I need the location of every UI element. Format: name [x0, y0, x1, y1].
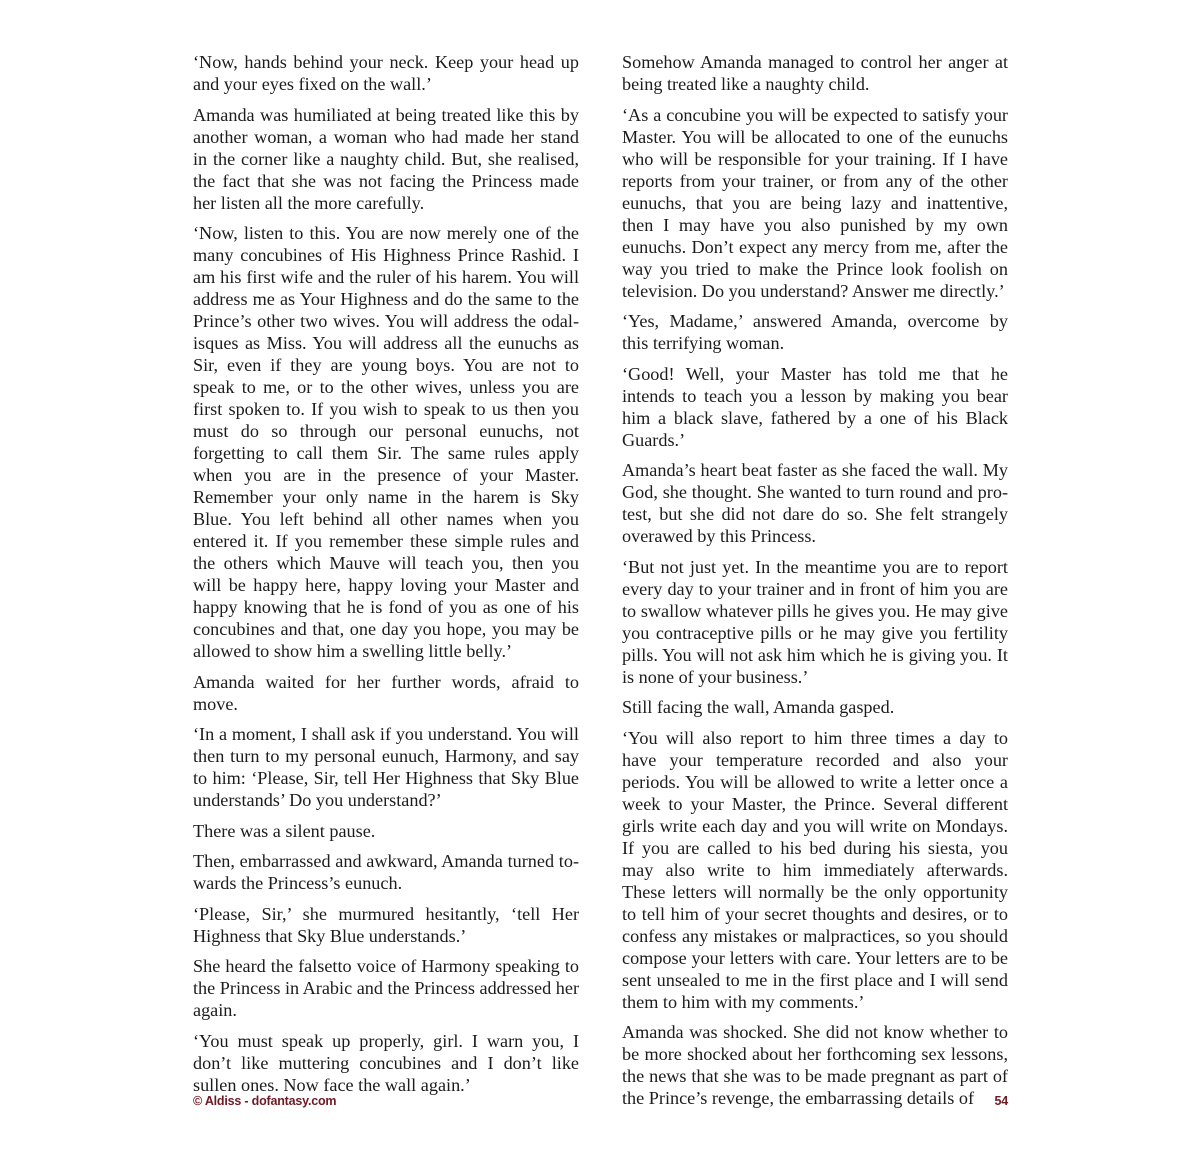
right-text-column: Somehow Amanda managed to control her an… — [622, 51, 1008, 1118]
paragraph: She heard the falsetto voice of Harmony … — [193, 955, 579, 1021]
paragraph: Still facing the wall, Amanda gasped. — [622, 696, 1008, 718]
paragraph: ‘You must speak up properly, girl. I war… — [193, 1030, 579, 1096]
paragraph: ‘Yes, Madame,’ answered Amanda, overcome… — [622, 310, 1008, 354]
page-footer: © Aldiss - dofantasy.com 54 — [193, 1094, 1008, 1112]
paragraph: ‘Please, Sir,’ she murmured hesitantly, … — [193, 903, 579, 947]
document-page: ‘Now, hands behind your neck. Keep your … — [0, 0, 1200, 1158]
paragraph: There was a silent pause. — [193, 820, 579, 842]
paragraph: ‘But not just yet. In the meantime you a… — [622, 556, 1008, 688]
paragraph: ‘You will also report to him three times… — [622, 727, 1008, 1013]
paragraph: ‘As a concubine you will be expected to … — [622, 104, 1008, 302]
paragraph: Somehow Amanda managed to control her an… — [622, 51, 1008, 95]
paragraph: Then, embarrassed and awkward, Amanda tu… — [193, 850, 579, 894]
paragraph: Amanda waited for her further words, afr… — [193, 671, 579, 715]
paragraph: ‘Now, hands behind your neck. Keep your … — [193, 51, 579, 95]
paragraph: ‘Good! Well, your Master has told me tha… — [622, 363, 1008, 451]
copyright-notice: © Aldiss - dofantasy.com — [193, 1094, 336, 1108]
page-number: 54 — [994, 1094, 1008, 1108]
paragraph: ‘In a moment, I shall ask if you underst… — [193, 723, 579, 811]
paragraph: ‘Now, listen to this. You are now merely… — [193, 222, 579, 662]
paragraph: Amanda was humiliated at being treated l… — [193, 104, 579, 214]
paragraph: Amanda’s heart beat faster as she faced … — [622, 459, 1008, 547]
left-text-column: ‘Now, hands behind your neck. Keep your … — [193, 51, 579, 1104]
